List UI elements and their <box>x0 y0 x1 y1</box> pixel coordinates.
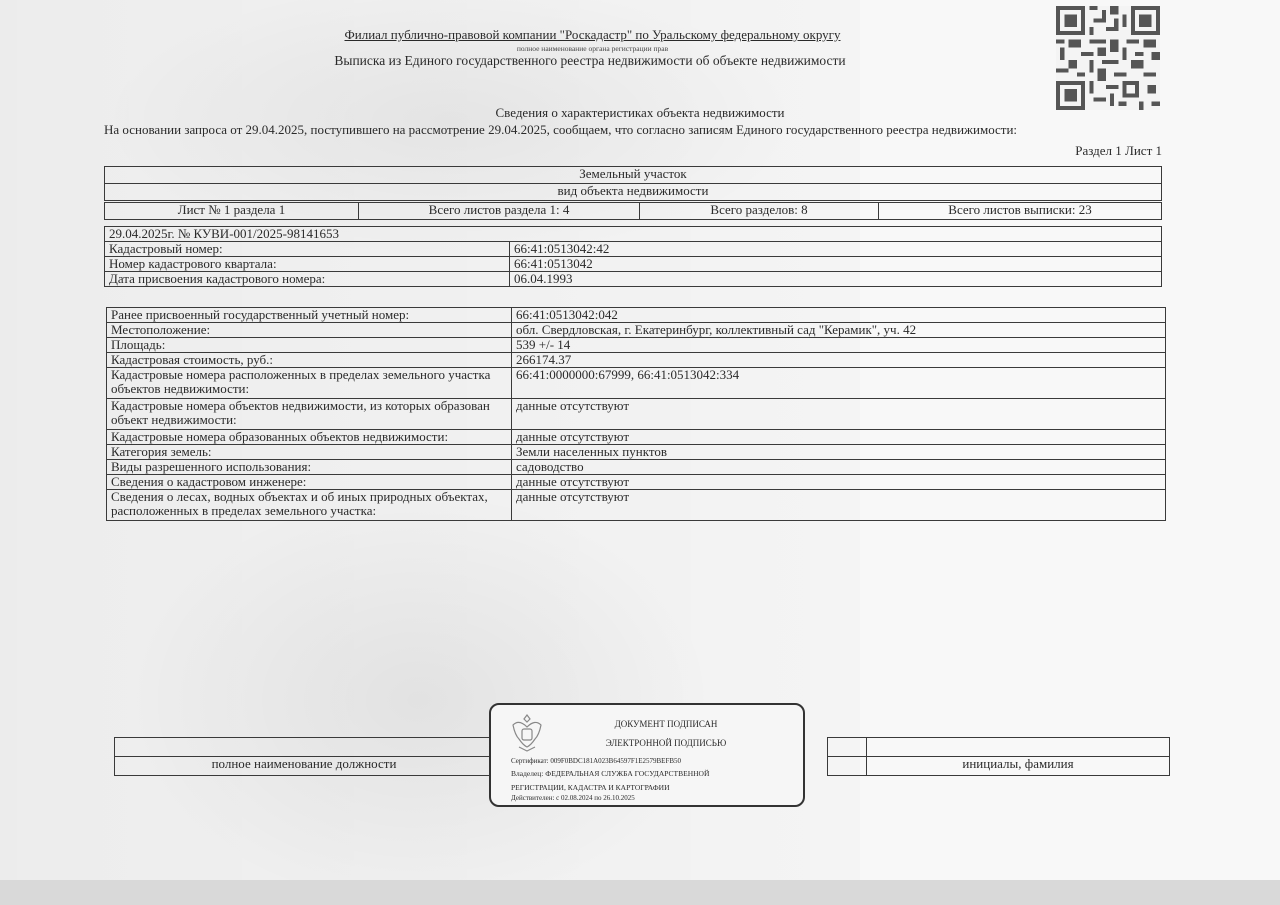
table-row: Виды разрешенного использования:садоводс… <box>107 460 1166 475</box>
request-reference: 29.04.2025г. № КУВИ-001/2025-98141653 <box>105 227 1162 242</box>
row-value: Земли населенных пунктов <box>512 445 1166 460</box>
row-value: 66:41:0513042 <box>510 257 1162 272</box>
row-value: 66:41:0000000:67999, 66:41:0513042:334 <box>512 368 1166 399</box>
coat-of-arms-icon <box>507 711 547 755</box>
row-label: Площадь: <box>107 338 512 353</box>
name-caption: инициалы, фамилия <box>867 757 1170 776</box>
row-value: садоводство <box>512 460 1166 475</box>
row-label: Кадастровая стоимость, руб.: <box>107 353 512 368</box>
row-value: данные отсутствуют <box>512 475 1166 490</box>
position-caption: полное наименование должности <box>115 757 494 776</box>
section-title: Сведения о характеристиках объекта недви… <box>470 105 810 121</box>
table-row: Сведения о лесах, водных объектах и об и… <box>107 490 1166 521</box>
table-row: Кадастровые номера объектов недвижимости… <box>107 399 1166 430</box>
row-label: Сведения о кадастровом инженере: <box>107 475 512 490</box>
table-row: Кадастровая стоимость, руб.:266174.37 <box>107 353 1166 368</box>
table-row: Дата присвоения кадастрового номера: 06.… <box>105 272 1162 287</box>
request-basis-text: На основании запроса от 29.04.2025, пост… <box>104 122 1164 138</box>
row-value: данные отсутствуют <box>512 490 1166 521</box>
table-row: Категория земель:Земли населенных пункто… <box>107 445 1166 460</box>
stamp-signed-line1: ДОКУМЕНТ ПОДПИСАН <box>561 719 771 729</box>
stamp-signed-line2: ЭЛЕКТРОННОЙ ПОДПИСЬЮ <box>561 738 771 748</box>
total-extract-sheets: Всего листов выписки: 23 <box>879 203 1162 220</box>
table-row: Площадь:539 +/- 14 <box>107 338 1166 353</box>
stamp-certificate: Сертификат: 009F0BDC181A023B64597F1E2579… <box>511 757 681 765</box>
row-value: 539 +/- 14 <box>512 338 1166 353</box>
table-row: Номер кадастрового квартала: 66:41:05130… <box>105 257 1162 272</box>
row-value: данные отсутствуют <box>512 399 1166 430</box>
cadastral-table-1: 29.04.2025г. № КУВИ-001/2025-98141653 Ка… <box>104 226 1162 287</box>
document-page: Филиал публично-правовой компании "Роска… <box>0 0 1280 880</box>
row-label: Кадастровые номера объектов недвижимости… <box>107 399 512 430</box>
row-label: Номер кадастрового квартала: <box>105 257 510 272</box>
qr-code-icon <box>1056 6 1160 110</box>
row-label: Ранее присвоенный государственный учетны… <box>107 308 512 323</box>
row-label: Кадастровый номер: <box>105 242 510 257</box>
row-label: Дата присвоения кадастрового номера: <box>105 272 510 287</box>
table-row: Ранее присвоенный государственный учетны… <box>107 308 1166 323</box>
table-row: Местоположение:обл. Свердловская, г. Ека… <box>107 323 1166 338</box>
row-label: Кадастровые номера образованных объектов… <box>107 430 512 445</box>
table-row: Кадастровые номера расположенных в преде… <box>107 368 1166 399</box>
total-section-sheets: Всего листов раздела 1: 4 <box>359 203 640 220</box>
row-value: 266174.37 <box>512 353 1166 368</box>
document-title: Выписка из Единого государственного реес… <box>300 53 880 69</box>
row-label: Кадастровые номера расположенных в преде… <box>107 368 512 399</box>
row-value: данные отсутствуют <box>512 430 1166 445</box>
row-label: Сведения о лесах, водных объектах и об и… <box>107 490 512 521</box>
table-row: Сведения о кадастровом инженере:данные о… <box>107 475 1166 490</box>
cadastral-table-2: Ранее присвоенный государственный учетны… <box>106 307 1166 521</box>
stamp-validity: Действителен: с 02.08.2024 по 26.10.2025 <box>511 794 635 802</box>
row-value: 66:41:0513042:42 <box>510 242 1162 257</box>
row-label: Местоположение: <box>107 323 512 338</box>
sheet-of-section: Лист № 1 раздела 1 <box>105 203 359 220</box>
table-row: Кадастровый номер: 66:41:0513042:42 <box>105 242 1162 257</box>
stamp-owner-line1: Владелец: ФЕДЕРАЛЬНАЯ СЛУЖБА ГОСУДАРСТВЕ… <box>511 769 709 778</box>
row-value: 66:41:0513042:042 <box>512 308 1166 323</box>
organization-caption: полное наименование органа регистрации п… <box>320 44 865 53</box>
table-row: Кадастровые номера образованных объектов… <box>107 430 1166 445</box>
object-type-table: Земельный участок вид объекта недвижимос… <box>104 166 1162 201</box>
object-type: Земельный участок <box>105 167 1162 184</box>
row-value: обл. Свердловская, г. Екатеринбург, колл… <box>512 323 1166 338</box>
object-type-caption: вид объекта недвижимости <box>105 184 1162 201</box>
organization-name: Филиал публично-правовой компании "Роска… <box>320 27 865 43</box>
section-sheet-label: Раздел 1 Лист 1 <box>1040 143 1162 159</box>
row-value: 06.04.1993 <box>510 272 1162 287</box>
row-label: Виды разрешенного использования: <box>107 460 512 475</box>
stamp-owner-line2: РЕГИСТРАЦИИ, КАДАСТРА И КАРТОГРАФИИ <box>511 783 670 792</box>
sheet-info-table: Лист № 1 раздела 1 Всего листов раздела … <box>104 202 1162 220</box>
total-sections: Всего разделов: 8 <box>640 203 879 220</box>
electronic-signature-stamp: ДОКУМЕНТ ПОДПИСАН ЭЛЕКТРОННОЙ ПОДПИСЬЮ С… <box>489 703 805 807</box>
row-label: Категория земель: <box>107 445 512 460</box>
